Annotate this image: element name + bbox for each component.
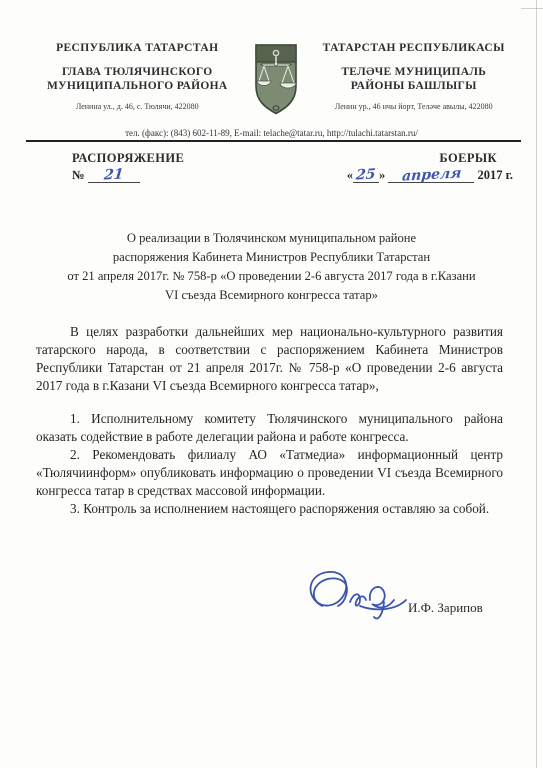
scan-edge-artifact-top [521, 8, 543, 9]
org-name-ru-line2: МУНИЦИПАЛЬНОГО РАЙОНА [26, 79, 249, 93]
doc-title-line1: О реализации в Тюлячинском муниципальном… [0, 229, 543, 248]
org-name-tt-line1: ТЕЛӘЧЕ МУНИЦИПАЛЬ [303, 65, 526, 79]
doc-type-tt: БОЕРЫК [347, 151, 513, 166]
date-month-underline: апреля [388, 168, 474, 183]
contact-line: тел. (факс): (843) 602-11-89, E-mail: te… [0, 128, 543, 138]
signature-scribble-icon [300, 562, 420, 630]
doc-number-label: № [72, 168, 85, 182]
signature-block: И.Ф. Зарипов [0, 576, 543, 636]
doc-number-line: № 21 [72, 168, 184, 183]
doc-type-ru: РАСПОРЯЖЕНИЕ [72, 151, 184, 166]
org-address-tt: Ленин ур., 46 нчы йорт, Теләче авылы, 42… [303, 102, 526, 111]
doc-number-underline: 21 [88, 168, 140, 183]
paragraph-item-3: 3. Контроль за исполнением настоящего ра… [36, 500, 503, 518]
org-address-ru: Ленина ул., д. 46, с. Тюлячи, 422080 [26, 102, 249, 111]
republic-name-ru: РЕСПУБЛИКА ТАТАРСТАН [26, 42, 249, 54]
date-day-underline: 25 [353, 168, 379, 183]
paragraph-item-1: 1. Исполнительному комитету Тюлячинского… [36, 410, 503, 446]
doc-meta-row: РАСПОРЯЖЕНИЕ № 21 БОЕРЫК «25» апреля 201… [0, 142, 543, 183]
date-day-handwritten: 25 [356, 167, 377, 182]
letterhead-left-russian: РЕСПУБЛИКА ТАТАРСТАН ГЛАВА ТЮЛЯЧИНСКОГО … [26, 42, 249, 111]
scan-edge-artifact [536, 0, 537, 768]
signatory-name: И.Ф. Зарипов [408, 600, 483, 616]
doc-meta-right: БОЕРЫК «25» апреля 2017 г. [347, 151, 513, 183]
letterhead: РЕСПУБЛИКА ТАТАРСТАН ГЛАВА ТЮЛЯЧИНСКОГО … [0, 0, 543, 116]
org-name-ru-line1: ГЛАВА ТЮЛЯЧИНСКОГО [26, 65, 249, 79]
doc-title-line3: от 21 апреля 2017г. № 758-р «О проведени… [0, 267, 543, 286]
doc-title-line2: распоряжения Кабинета Министров Республи… [0, 248, 543, 267]
paragraph-item-2: 2. Рекомендовать филиалу АО «Татмедиа» и… [36, 446, 503, 500]
letterhead-right-tatar: ТАТАРСТАН РЕСПУБЛИКАСЫ ТЕЛӘЧЕ МУНИЦИПАЛЬ… [303, 42, 526, 111]
doc-number-handwritten: 21 [103, 167, 124, 182]
doc-title-line4: VI съезда Всемирного конгресса татар» [0, 286, 543, 305]
date-close-quote: » [379, 168, 385, 182]
scanned-document-page: РЕСПУБЛИКА ТАТАРСТАН ГЛАВА ТЮЛЯЧИНСКОГО … [0, 0, 543, 768]
coat-of-arms-icon [252, 42, 300, 116]
paragraph-preamble: В целях разработки дальнейших мер национ… [36, 323, 503, 395]
doc-title: О реализации в Тюлячинском муниципальном… [0, 229, 543, 305]
date-month-handwritten: апреля [401, 166, 461, 183]
doc-date-line: «25» апреля 2017 г. [347, 168, 513, 183]
coat-of-arms [249, 42, 303, 116]
org-name-tt-line2: РАЙОНЫ БАШЛЫГЫ [303, 79, 526, 93]
date-year: 2017 г. [477, 168, 513, 182]
doc-meta-left: РАСПОРЯЖЕНИЕ № 21 [72, 151, 184, 183]
doc-body: В целях разработки дальнейших мер национ… [36, 323, 503, 519]
republic-name-tt: ТАТАРСТАН РЕСПУБЛИКАСЫ [303, 42, 526, 54]
